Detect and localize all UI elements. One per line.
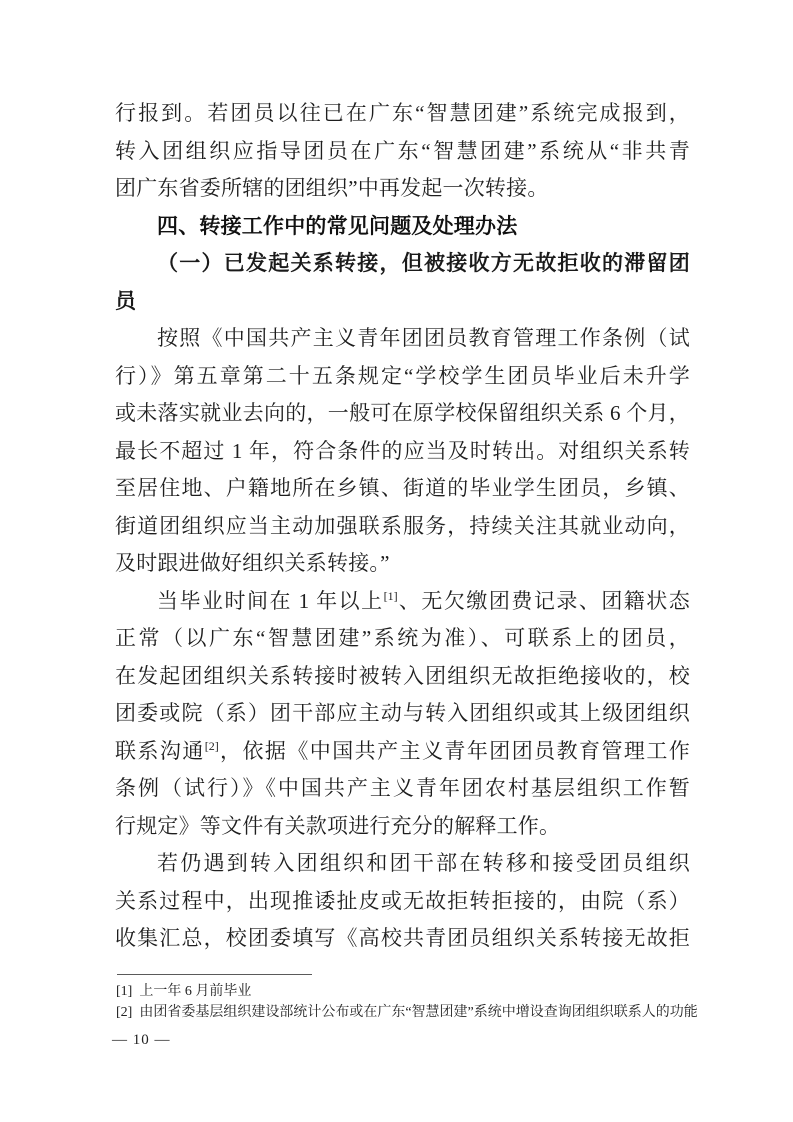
heading-line: （一）已发起关系转接，但被接收方无故拒收的滞留团: [115, 245, 690, 283]
footnote-item: [1]上一年 6 月前毕业: [116, 982, 696, 1003]
footnote-ref: [1]: [384, 589, 398, 603]
text-line: 转入团组织应指导团员在广东“智慧团建”系统从“非共青: [115, 133, 690, 171]
footnote-text: 上一年 6 月前毕业: [139, 984, 251, 999]
heading-line: 员: [115, 283, 690, 321]
text-line: 关系过程中，出现推诿扯皮或无故拒转拒接的，由院（系）: [115, 883, 690, 921]
text-line: 或未落实就业去向的，一般可在原学校保留组织关系 6 个月，: [115, 395, 690, 433]
footnote-ref: [2]: [205, 739, 219, 753]
text-line: 联系沟通[2]，依据《中国共产主义青年团团员教育管理工作: [115, 733, 690, 771]
page-number: — 10 —: [112, 1032, 171, 1049]
text-line: 在发起团组织关系转接时被转入团组织无故拒绝接收的，校: [115, 658, 690, 696]
document-page: 行报到。若团员以往已在广东“智慧团建”系统完成报到，转入团组织应指导团员在广东“…: [0, 0, 793, 1122]
text-line: 行规定》等文件有关款项进行充分的解释工作。: [115, 808, 690, 846]
text-line: 条例（试行）》《中国共产主义青年团农村基层组织工作暂: [115, 770, 690, 808]
footnote-list: [1]上一年 6 月前毕业[2]由团省委基层组织建设部统计公布或在广东“智慧团建…: [116, 982, 696, 1023]
text-line: 街道团组织应当主动加强联系服务，持续关注其就业动向，: [115, 508, 690, 546]
footnote-item: [2]由团省委基层组织建设部统计公布或在广东“智慧团建”系统中增设查询团组织联系…: [116, 1003, 696, 1024]
text-line: 团委或院（系）团干部应主动与转入团组织或其上级团组织: [115, 695, 690, 733]
text-line: 团广东省委所辖的团组织”中再发起一次转接。: [115, 170, 690, 208]
document-body: 行报到。若团员以往已在广东“智慧团建”系统完成报到，转入团组织应指导团员在广东“…: [115, 95, 690, 958]
footnote-marker: [2]: [116, 1005, 132, 1020]
text-line: 正常（以广东“智慧团建”系统为准）、可联系上的团员，: [115, 620, 690, 658]
footnote-text: 由团省委基层组织建设部统计公布或在广东“智慧团建”系统中增设查询团组织联系人的功…: [139, 1005, 697, 1020]
text-line: 行）》第五章第二十五条规定“学校学生团员毕业后未升学: [115, 358, 690, 396]
text-line: 若仍遇到转入团组织和团干部在转移和接受团员组织: [115, 845, 690, 883]
text-line: 至居住地、户籍地所在乡镇、街道的毕业学生团员，乡镇、: [115, 470, 690, 508]
footnote-separator: [117, 974, 312, 975]
footnote-marker: [1]: [116, 984, 132, 999]
text-line: 行报到。若团员以往已在广东“智慧团建”系统完成报到，: [115, 95, 690, 133]
text-line: 当毕业时间在 1 年以上[1]、无欠缴团费记录、团籍状态: [115, 583, 690, 621]
text-line: 最长不超过 1 年，符合条件的应当及时转出。对组织关系转: [115, 433, 690, 471]
text-line: 收集汇总，校团委填写《高校共青团员组织关系转接无故拒: [115, 920, 690, 958]
heading-line: 四、转接工作中的常见问题及处理办法: [115, 208, 690, 246]
text-line: 及时跟进做好组织关系转接。”: [115, 545, 690, 583]
text-line: 按照《中国共产主义青年团团员教育管理工作条例（试: [115, 320, 690, 358]
